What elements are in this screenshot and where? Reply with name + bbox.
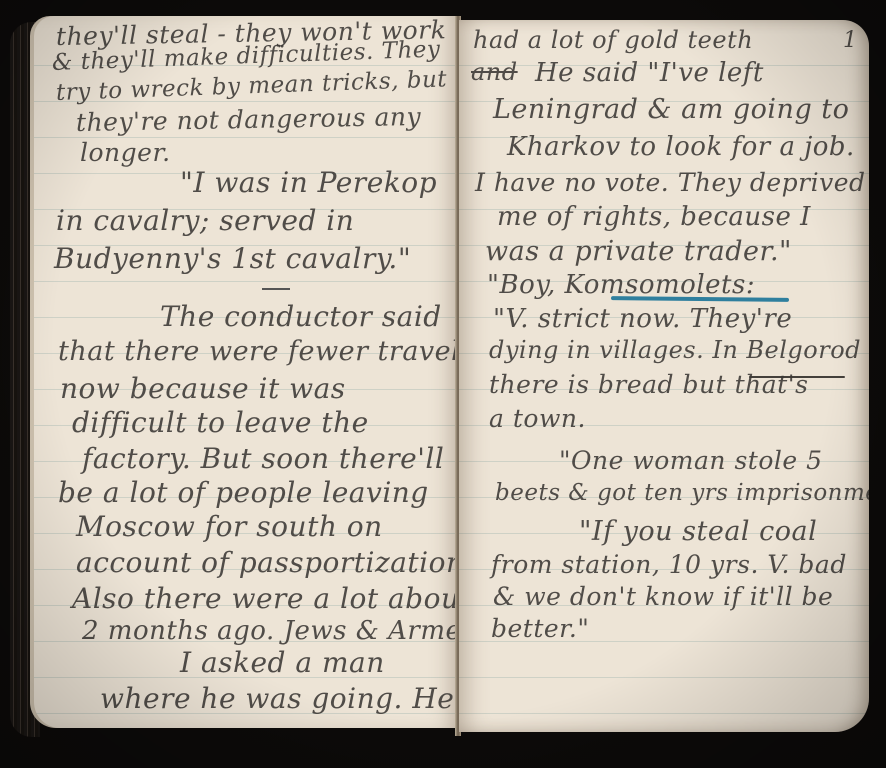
handwritten-line: account of passportization.	[76, 546, 458, 579]
blue-pencil-underline	[611, 296, 789, 302]
handwritten-line: in cavalry; served in	[56, 204, 354, 237]
handwritten-line: where he was going. He	[100, 682, 454, 715]
handwritten-line: 2 months ago. Jews & Armen.	[82, 616, 458, 646]
handwritten-line: had a lot of gold teeth	[473, 26, 753, 54]
page-corner-mark: 1	[843, 28, 858, 53]
handwritten-line: difficult to leave the	[72, 406, 369, 439]
handwritten-line: I asked a man	[180, 646, 385, 679]
notebook-right-page: 1 had a lot of gold teeth and He said "I…	[459, 20, 869, 732]
handwritten-line: He said "I've left	[535, 58, 764, 88]
notebook-left-page: they'll steal - they won't work & they'l…	[30, 16, 458, 728]
handwritten-line: Moscow for south on	[76, 510, 383, 543]
handwritten-line: I have no vote. They deprived	[475, 168, 866, 197]
struck-word: and	[471, 58, 518, 86]
handwritten-line: a town.	[489, 404, 586, 433]
handwritten-line: Also there were a lot about	[72, 582, 458, 615]
handwritten-line: Kharkov to look for a job.	[507, 132, 855, 162]
handwritten-line: "One woman stole 5	[559, 446, 823, 475]
handwritten-line: The conductor said	[160, 300, 442, 333]
handwritten-line: was a private trader."	[485, 236, 792, 267]
handwritten-line: they're not dangerous any	[76, 102, 422, 137]
handwritten-line: me of rights, because I	[497, 202, 811, 232]
handwritten-line: Budyenny's 1st cavalry."	[54, 242, 411, 275]
handwritten-line: longer.	[80, 138, 171, 167]
handwritten-line: be a lot of people leaving	[58, 476, 429, 509]
handwritten-line: there is bread but that's	[489, 370, 808, 399]
handwritten-line: Leningrad & am going to	[493, 94, 849, 125]
handwritten-line: that there were fewer travellers	[58, 336, 458, 367]
handwritten-line: "I was in Perekop	[180, 166, 437, 199]
handwritten-line: from station, 10 yrs. V. bad	[491, 550, 847, 579]
handwritten-line: factory. But soon there'll	[82, 442, 444, 475]
section-divider	[262, 288, 290, 290]
handwritten-line: & we don't know if it'll be	[493, 582, 833, 611]
handwritten-line: "If you steal coal	[579, 516, 817, 547]
handwritten-line: "V. strict now. They're	[493, 304, 792, 334]
handwritten-line: now because it was	[60, 372, 346, 405]
handwritten-line: better."	[491, 614, 589, 643]
handwritten-line: beets & got ten yrs imprisonment.	[495, 480, 869, 506]
handwritten-line: dying in villages. In Belgorod	[489, 336, 861, 364]
